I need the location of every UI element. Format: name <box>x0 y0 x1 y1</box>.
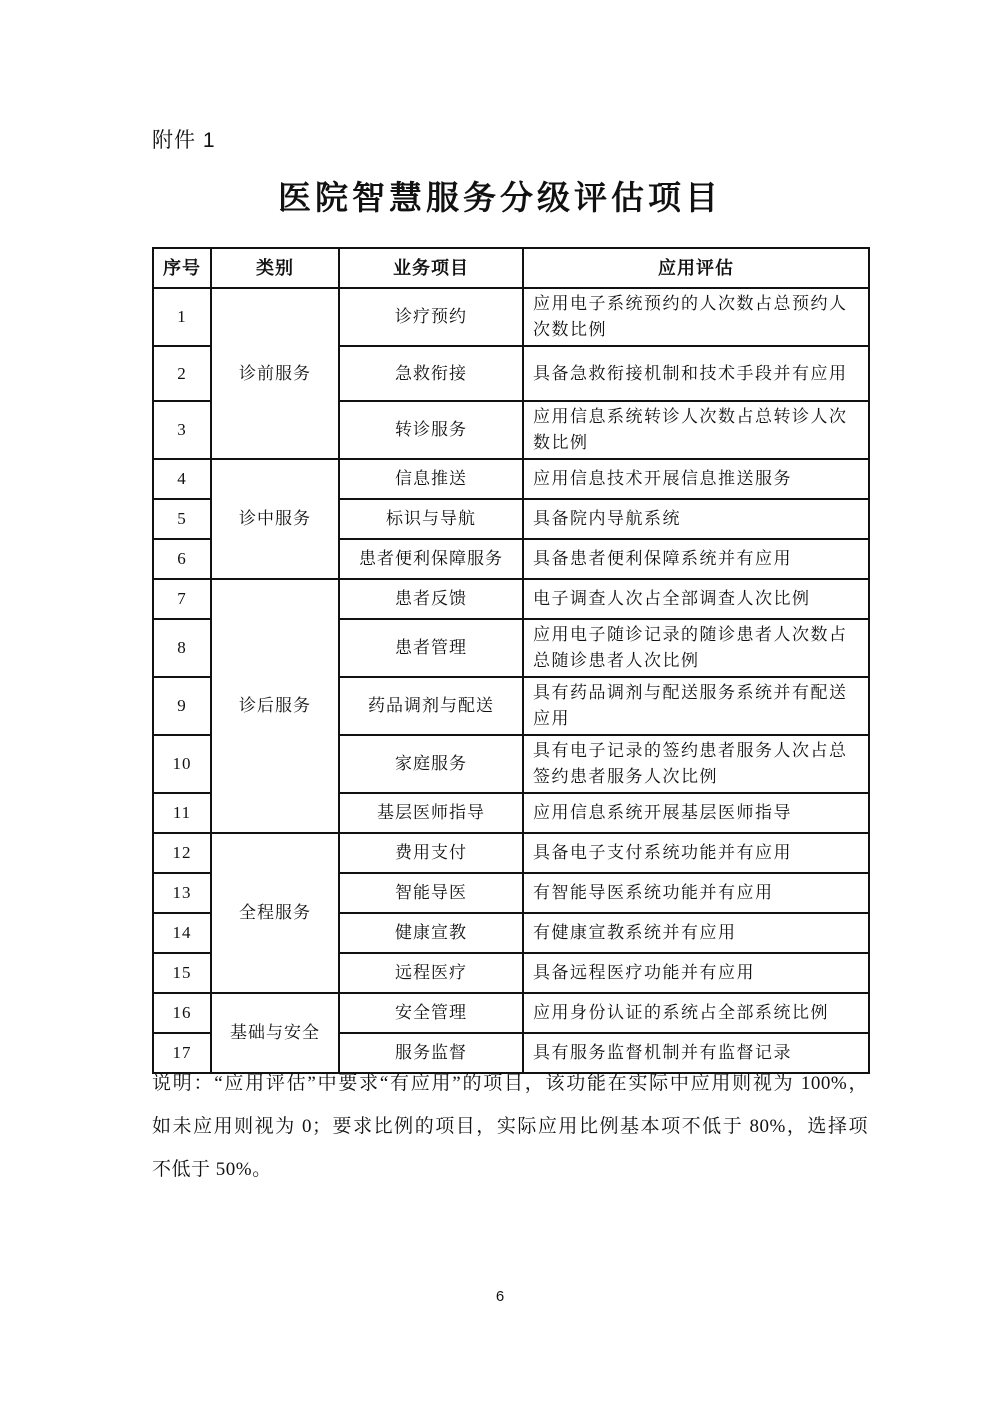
item-cell: 智能导医 <box>339 873 523 913</box>
header-category: 类别 <box>211 248 339 288</box>
category-cell: 诊前服务 <box>211 288 339 459</box>
table-row: 1 诊前服务 诊疗预约 应用电子系统预约的人次数占总预约人次数比例 <box>153 288 869 346</box>
note-line: 说明：“应用评估”中要求“有应用”的项目，该功能在实际中应用则视为 100%， <box>152 1062 868 1105</box>
document-title: 医院智慧服务分级评估项目 <box>0 172 1000 219</box>
row-number: 11 <box>153 793 211 833</box>
evaluation-cell: 具备院内导航系统 <box>523 499 869 539</box>
table-row: 12 全程服务 费用支付 具备电子支付系统功能并有应用 <box>153 833 869 873</box>
row-number: 8 <box>153 619 211 677</box>
item-cell: 健康宣教 <box>339 913 523 953</box>
evaluation-cell: 应用身份认证的系统占全部系统比例 <box>523 993 869 1033</box>
category-cell: 全程服务 <box>211 833 339 993</box>
evaluation-cell: 应用电子系统预约的人次数占总预约人次数比例 <box>523 288 869 346</box>
item-cell: 患者反馈 <box>339 579 523 619</box>
category-cell: 诊后服务 <box>211 579 339 833</box>
evaluation-cell: 具备急救衔接机制和技术手段并有应用 <box>523 346 869 401</box>
evaluation-cell: 具备患者便利保障系统并有应用 <box>523 539 869 579</box>
item-cell: 信息推送 <box>339 459 523 499</box>
item-cell: 家庭服务 <box>339 735 523 793</box>
row-number: 13 <box>153 873 211 913</box>
document-page: 附件 1 医院智慧服务分级评估项目 序号 类别 业务项目 应用评估 1 诊前服务… <box>0 0 1000 1414</box>
item-cell: 基层医师指导 <box>339 793 523 833</box>
row-number: 5 <box>153 499 211 539</box>
category-cell: 诊中服务 <box>211 459 339 579</box>
evaluation-table: 序号 类别 业务项目 应用评估 1 诊前服务 诊疗预约 应用电子系统预约的人次数… <box>152 247 870 1074</box>
evaluation-cell: 应用信息系统开展基层医师指导 <box>523 793 869 833</box>
item-cell: 诊疗预约 <box>339 288 523 346</box>
item-cell: 药品调剂与配送 <box>339 677 523 735</box>
row-number: 9 <box>153 677 211 735</box>
table-row: 4 诊中服务 信息推送 应用信息技术开展信息推送服务 <box>153 459 869 499</box>
evaluation-cell: 应用信息系统转诊人次数占总转诊人次数比例 <box>523 401 869 459</box>
item-cell: 安全管理 <box>339 993 523 1033</box>
table-header-row: 序号 类别 业务项目 应用评估 <box>153 248 869 288</box>
note-line: 如未应用则视为 0；要求比例的项目，实际应用比例基本项不低于 80%，选择项 <box>152 1105 868 1148</box>
table-row: 7 诊后服务 患者反馈 电子调查人次占全部调查人次比例 <box>153 579 869 619</box>
evaluation-cell: 有健康宣教系统并有应用 <box>523 913 869 953</box>
attachment-label: 附件 1 <box>152 124 216 154</box>
row-number: 12 <box>153 833 211 873</box>
evaluation-cell: 具有药品调剂与配送服务系统并有配送应用 <box>523 677 869 735</box>
item-cell: 远程医疗 <box>339 953 523 993</box>
header-serial-number: 序号 <box>153 248 211 288</box>
row-number: 1 <box>153 288 211 346</box>
table-row: 16 基础与安全 安全管理 应用身份认证的系统占全部系统比例 <box>153 993 869 1033</box>
row-number: 2 <box>153 346 211 401</box>
note: 说明：“应用评估”中要求“有应用”的项目，该功能在实际中应用则视为 100%， … <box>152 1062 868 1191</box>
evaluation-cell: 电子调查人次占全部调查人次比例 <box>523 579 869 619</box>
row-number: 3 <box>153 401 211 459</box>
item-cell: 患者管理 <box>339 619 523 677</box>
item-cell: 转诊服务 <box>339 401 523 459</box>
page-number: 6 <box>0 1288 1000 1305</box>
evaluation-cell: 应用电子随诊记录的随诊患者人次数占总随诊患者人次比例 <box>523 619 869 677</box>
evaluation-table-container: 序号 类别 业务项目 应用评估 1 诊前服务 诊疗预约 应用电子系统预约的人次数… <box>152 247 868 1074</box>
item-cell: 标识与导航 <box>339 499 523 539</box>
row-number: 14 <box>153 913 211 953</box>
header-application-evaluation: 应用评估 <box>523 248 869 288</box>
evaluation-cell: 具备电子支付系统功能并有应用 <box>523 833 869 873</box>
row-number: 7 <box>153 579 211 619</box>
item-cell: 患者便利保障服务 <box>339 539 523 579</box>
row-number: 6 <box>153 539 211 579</box>
row-number: 16 <box>153 993 211 1033</box>
row-number: 10 <box>153 735 211 793</box>
evaluation-cell: 具有电子记录的签约患者服务人次占总签约患者服务人次比例 <box>523 735 869 793</box>
evaluation-cell: 具备远程医疗功能并有应用 <box>523 953 869 993</box>
row-number: 4 <box>153 459 211 499</box>
note-line: 不低于 50%。 <box>152 1148 868 1191</box>
row-number: 15 <box>153 953 211 993</box>
category-cell: 基础与安全 <box>211 993 339 1073</box>
evaluation-cell: 有智能导医系统功能并有应用 <box>523 873 869 913</box>
item-cell: 费用支付 <box>339 833 523 873</box>
evaluation-cell: 应用信息技术开展信息推送服务 <box>523 459 869 499</box>
header-business-item: 业务项目 <box>339 248 523 288</box>
item-cell: 急救衔接 <box>339 346 523 401</box>
